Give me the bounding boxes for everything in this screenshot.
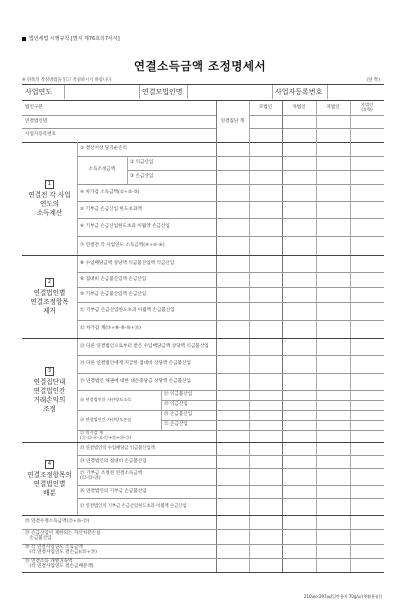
section-4-label: 4 연결조정항목의 연결법인별 배분 (22, 442, 77, 515)
summary-row-label: ㉙ 손금산입이 제한되는 자산처분손실 손금불산입 (22, 529, 216, 544)
row-label: ⑭ 다른 연결법인에게 지급한 접대비 상당액 손금불산입 (77, 355, 216, 373)
row-label: ⑦ 연결전 각 사업연도 소득금액(④+⑤-⑥) (77, 236, 216, 255)
row-label: ④ 차가감 소득금액(①+②-③) (77, 184, 216, 201)
section-number-box: 3 (45, 367, 54, 376)
summary-row-label: ㉘ 연결수정소득금액(㉕+㉖-㉗) (22, 515, 216, 529)
row-label: ⑥ 기부금 손금산입한도초과 이월액 손금산입 (77, 218, 216, 236)
row-label: ⑩ 기부금 손금불산입액 손금산입 (77, 287, 216, 302)
row-label: ㉒ 차가감 계 (⑫-⑬-⑭-⑮-⑰+⑱+⑳-㉑) (77, 430, 216, 442)
summary-row-label: ㉛ 연결소득 개별귀속액 (각 연결사업연도 결손금배분액) (22, 558, 216, 572)
row-group-label: 소득조정금액 (77, 156, 127, 184)
summary-row-label: ㉚ 각 연결사업연도 소득금액 (각 연결사업연도 결손금)(㉘+㉙) (22, 544, 216, 558)
section-number-box: 1 (45, 180, 54, 189)
row-label: ⑰ 익금불산입 (161, 390, 216, 400)
divider (282, 101, 283, 572)
page-title: 연결소득금액 조정명세서 (0, 58, 400, 74)
row-label: ① 결산서상 당기순손익 (77, 142, 216, 156)
row-label: ⑪ 기부금 손금산입한도초과 이월액 손금불산입 (77, 302, 216, 320)
section-1-label: 1 연결전 각 사업 연도의 소득계산 (22, 142, 77, 255)
header-corp-name-label: 연결법인명 (22, 115, 216, 128)
row-label: ⑬ 다른 연결법인으로부터 받은 수입배당금액 상당액 익금불산입 (77, 338, 216, 355)
section-3-label: 3 연결집단내 연결법인간 거래손익의 조정 (22, 338, 77, 442)
row-label: ㉑ 손금산입 (161, 420, 216, 430)
row-label: ⑮ 연결법인 채권에 대한 대손충당금 상당액 손금불산입 (77, 373, 216, 390)
form-reference: 법인세법 시행규칙 [별지 제76호의7서식] (22, 35, 120, 42)
fiscal-year-label: 사업연도 (22, 85, 64, 99)
section-title: 연결법인별 연결조정항목 제거 (30, 289, 68, 316)
row-label: ⑤ 기부금 손금산입 한도초과액 (77, 201, 216, 218)
row-label: ㉗ 연결법인의 기부금 손금산입한도초과 이월액 손금산입 (77, 498, 216, 515)
fiscal-year-field[interactable] (65, 85, 139, 99)
biz-reg-field[interactable] (328, 85, 384, 99)
row-group-label: ⑯ 연결법인간 자산양도소득 (77, 390, 161, 410)
row-label: ⑨ 접대비 손금불산입액 손금산입 (77, 272, 216, 287)
section-title: 연결집단내 연결법인간 거래손익의 조정 (34, 378, 66, 414)
divider (249, 101, 250, 572)
row-label: ⑫ 차가감 계(⑦+⑧-⑨-⑩+⑪) (77, 320, 216, 338)
parent-name-label: 연결모법인명 (139, 85, 187, 99)
biz-reg-label: 사업자등록번호 (272, 85, 327, 99)
instruction-note: ※ 뒤쪽의 작성방법을 읽고 작성하시기 바랍니다. (22, 77, 113, 83)
header-biz-reg-label: 사업자등록번호 (22, 128, 216, 142)
section-title: 연결조정항목의 연결법인별 배분 (27, 471, 72, 498)
parent-name-field[interactable] (188, 85, 272, 99)
divider (22, 572, 384, 573)
divider (316, 101, 317, 572)
column-header-parent: 모법인 (249, 101, 282, 115)
row-label: ㉓ 연결법인의 수입배당금 익금불산입액 (77, 442, 216, 455)
row-label: ㉔ 연결법인의 접대비 손금불산입 (77, 455, 216, 468)
row-label: ⑳ 손금불산입 (161, 410, 216, 420)
divider (22, 115, 216, 116)
row-label: ⑧ 수입배당금액 상당액 익금불산입액 익금산입 (77, 255, 216, 272)
divider (22, 128, 216, 129)
divider (216, 101, 217, 572)
column-header-sub1: 자법인 (282, 101, 316, 115)
divider (350, 101, 351, 572)
row-group-label: ⑲ 연결법인간 자산양도손실 (77, 410, 161, 430)
paper-spec-footer: 210㎜×297㎜[일반용지 70g/㎡(재활용품)] (304, 594, 382, 600)
row-label: ② 익금산입 (127, 156, 216, 170)
row-label: ③ 손금산입 (127, 170, 216, 184)
section-2-label: 2 연결법인별 연결조정항목 제거 (22, 255, 77, 338)
group-total-header: 연결집단 계 (216, 101, 249, 142)
row-label: ㉖ 연결법인의 기부금 손금불산입 (77, 485, 216, 498)
column-header-sub3: 자법인 (후략) (350, 101, 384, 115)
section-number-box: 2 (45, 278, 54, 287)
form-reference-text: 법인세법 시행규칙 [별지 제76호의7서식] (29, 36, 120, 42)
section-number-box: 4 (45, 460, 54, 469)
section-title: 연결전 각 사업 연도의 소득계산 (28, 191, 70, 218)
page-side-label: (앞 쪽) (366, 77, 380, 83)
column-header-sub2: 자법인 (316, 101, 350, 115)
row-label: ⑱ 익금산입 (161, 400, 216, 410)
row-label: ㉕ 기부금 조정전 연결소득금액 (㉒-㉓-㉔) (77, 468, 216, 485)
square-bullet-icon (22, 37, 26, 41)
header-corp-type-label: 법인구분 (22, 101, 216, 115)
